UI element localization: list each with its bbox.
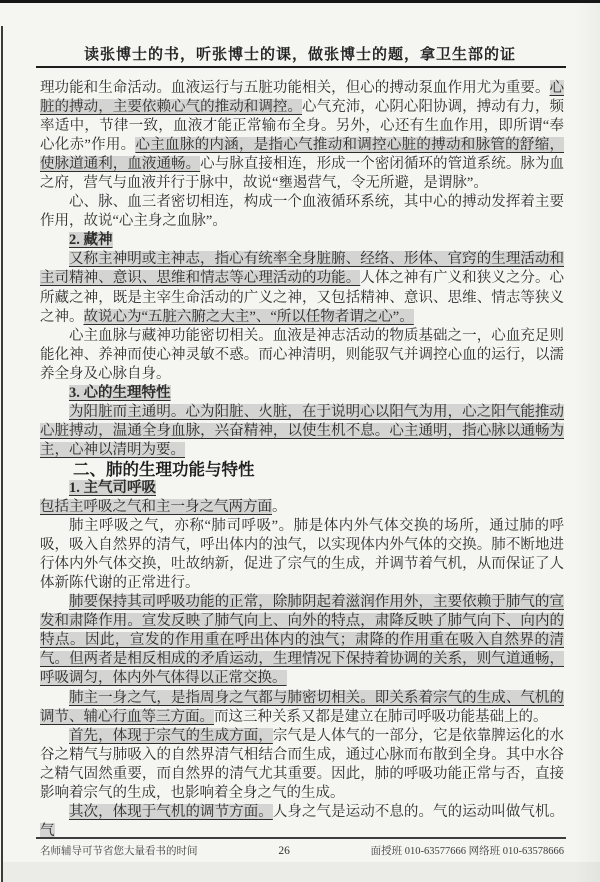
text-run: 肺主呼吸之气，亦称“肺司呼吸”。肺是体内外气体交换的场所，通过肺的呼吸，吸入自然…	[40, 518, 564, 591]
paragraph: 肺要保持其司呼吸功能的正常，除肺阴起着滋润作用外，主要依赖于肺气的宣发和肃降作用…	[40, 593, 564, 688]
paragraph: 为阳脏而主通明。心为阳脏、火脏，在于说明心以阳气为用，心之阳气能推动心脏搏动，温…	[40, 403, 564, 460]
sub-heading: 3. 心的生理特性	[40, 384, 564, 403]
paragraph: 肺主呼吸之气，亦称“肺司呼吸”。肺是体内外气体交换的场所，通过肺的呼吸，吸入自然…	[40, 517, 564, 593]
section-heading: 二、肺的生理功能与特性	[40, 460, 564, 479]
highlighted-text-run: 首先，体现于宗气的生成方面，	[69, 728, 273, 744]
paragraph: 包括主呼吸之气和主一身之气两方面。	[40, 498, 564, 517]
paragraph: 心、脉、血三者密切相连，构成一个血液循环系统，其中心的搏动发挥着主要作用，故说“…	[40, 193, 564, 231]
footer-contact: 面授班 010-63577666 网络班 010-63578666	[371, 843, 564, 858]
scan-edge-top	[0, 0, 600, 3]
paragraph: 首先，体现于宗气的生成方面，宗气是人体气的一部分，它是依靠脾运化的水谷之精气与肺…	[40, 727, 564, 803]
highlighted-text-run: 包括主呼吸之气和主一身之气两方面	[40, 499, 272, 515]
highlighted-text-run: 为阳脏而主通明。心为阳脏、火脏，在于说明心以阳气为用，心之阳气能推动心脏搏动，温…	[40, 404, 564, 458]
highlighted-text-run: 2. 藏神	[69, 232, 113, 248]
page-footer: 名师辅导可节省您大量看书的时间 26 面授班 010-63577666 网络班 …	[40, 843, 564, 858]
paragraph: 心主血脉与藏神功能密切相关。血液是神志活动的物质基础之一，心血充足则能化神、养神…	[40, 327, 564, 384]
highlighted-text-run: 3. 心的生理特性	[69, 385, 171, 401]
paragraph: 肺主一身之气，是指周身之气都与肺密切相关。即关系着宗气的生成、气机的调节、辅心行…	[40, 689, 564, 727]
highlighted-text-run: 其次，体现于气机的调节方面。	[69, 804, 273, 820]
scanned-page: 读张博士的书，听张博士的课，做张博士的题，拿卫生部的证 理功能和生命活动。血液运…	[0, 0, 600, 882]
sub-heading: 1. 主气司呼吸	[40, 479, 564, 498]
text-run: 。	[272, 499, 287, 515]
text-run: 而这三种关系又都是建立在肺司呼吸功能基础上的。	[214, 709, 548, 725]
page-header-slogan: 读张博士的书，听张博士的课，做张博士的题，拿卫生部的证	[0, 43, 600, 64]
text-run: 心主血脉与藏神功能密切相关。血液是神志活动的物质基础之一，心血充足则能化神、养神…	[40, 328, 564, 382]
header-rule	[36, 66, 566, 68]
paragraph: 又称主神明或主神志，指心有统率全身脏腑、经络、形体、官窍的生理活动和主司精神、意…	[40, 250, 564, 326]
scan-bottom-shade	[3, 862, 600, 882]
paragraph: 其次，体现于气机的调节方面。人身之气是运动不息的。气的运动叫做气机。气	[40, 803, 564, 841]
scan-right-shade	[574, 3, 600, 882]
text-run: 心、脉、血三者密切相连，构成一个血液循环系统，其中心的搏动发挥着主要作用，故说“…	[40, 194, 564, 229]
highlighted-text-run: 1. 主气司呼吸	[69, 480, 156, 496]
sub-heading: 2. 藏神	[40, 231, 564, 250]
scan-edge-left	[1, 26, 3, 882]
text-run: 理功能和生命活动。血液运行与五脏功能相关，但心的搏动泵血作用尤为重要。	[40, 80, 550, 96]
footer-page-number: 26	[278, 845, 290, 857]
text-run: 二、肺的生理功能与特性	[73, 460, 255, 479]
document-body: 理功能和生命活动。血液运行与五脏功能相关，但心的搏动泵血作用尤为重要。心脏的搏动…	[40, 79, 564, 841]
highlighted-text-run: 肺要保持其司呼吸功能的正常，除肺阴起着滋润作用外，主要依赖于肺气的宣发和肃降作用…	[40, 594, 564, 686]
paragraph: 理功能和生命活动。血液运行与五脏功能相关，但心的搏动泵血作用尤为重要。心脏的搏动…	[40, 79, 564, 193]
footer-left-note: 名师辅导可节省您大量看书的时间	[40, 843, 198, 858]
footer-rule	[36, 837, 566, 839]
text-run: 人身之气是运动不息的。气的运动叫做气机。	[273, 804, 564, 820]
highlighted-text-run: 故说心为“五脏六腑之大主”、“所以任物者谓之心”。	[84, 309, 414, 325]
